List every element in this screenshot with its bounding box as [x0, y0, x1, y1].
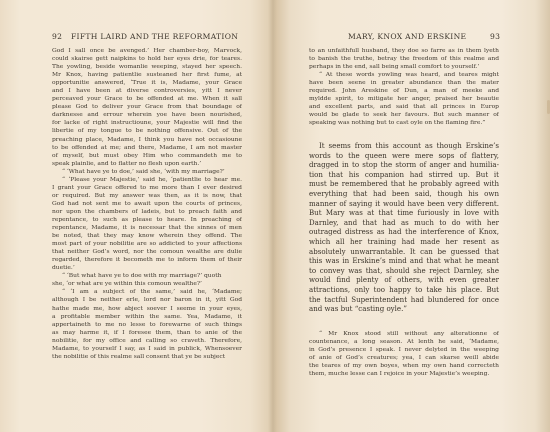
left-page-text: God I sall once be avenged.’ Her chamber… [52, 47, 242, 361]
text-line: could skairse gett naipkins to hold her … [52, 55, 242, 63]
text-line: regarded, therefore it becometh me to in… [52, 256, 242, 264]
text-line: dragged in to stop the storm of anger an… [309, 160, 499, 170]
quoted-passage: to an unfaithfull husband, they doe so f… [309, 47, 499, 127]
text-line: libertie of my tongue to be nothing offe… [52, 127, 242, 135]
text-line: darknesse and errour wherein yoe have be… [52, 111, 242, 119]
text-line: “ ‘But what have ye to doe with my marri… [52, 272, 242, 280]
text-line: the tactful Superintendent had blundered… [309, 295, 499, 305]
text-line: for lacke of right instructioune, your M… [52, 119, 242, 127]
text-line: nor upon the chambers of ladeis, but to … [52, 208, 242, 216]
text-line: required. John Areskine of Dun, a man of… [309, 87, 499, 95]
text-line: repentance, to such as please to heare. … [52, 216, 242, 224]
text-line: speaking was nothing but to cast oyle on… [309, 119, 499, 127]
text-line: opportunitie answered, ‘True it is, Mada… [52, 79, 242, 87]
text-line: and was but “casting oyle.” [309, 304, 499, 314]
text-line: God I sall once be avenged.’ Her chamber… [52, 47, 242, 55]
text-line: appertaineth to me no lesse to forewarne… [52, 321, 242, 329]
text-line: “ ‘I am a subject of the same,’ said he,… [52, 288, 242, 296]
text-line: them, muche lesse can I rejoice in your … [309, 370, 499, 378]
text-line: to convey was that, should she reject Da… [309, 266, 499, 276]
text-line: of myself, but must obey Him who command… [52, 152, 242, 160]
book-spread: 92 FIFTH LAIRD AND THE REFORMATION God I… [0, 0, 550, 432]
text-line: which all her training had made her rese… [309, 237, 499, 247]
text-line: myldde spirit, to mitigate her anger, pr… [309, 95, 499, 103]
text-line: Darnley, and that had as much to do with… [309, 218, 499, 228]
left-running-head: 92 FIFTH LAIRD AND THE REFORMATION [52, 32, 242, 41]
text-line: this was in Erskine’s mind and that what… [309, 256, 499, 266]
text-line: absolutely unwarrantable. It can be gues… [309, 247, 499, 257]
closing-quoted-passage: “ Mr Knox stood still without any altera… [309, 330, 499, 378]
text-line: perhaps in the end, sall being small com… [309, 63, 499, 71]
page-number: 92 [52, 32, 62, 41]
text-line: tion that his companion had stirred up. … [309, 170, 499, 180]
text-line: have been seene in greater abundance tha… [309, 79, 499, 87]
text-line: would find plenty of others, with even g… [309, 275, 499, 285]
text-line: “ ‘Please your Majestie,’ said he, ‘pati… [52, 176, 242, 184]
text-line: “ At these words yowling was heard, and … [309, 71, 499, 79]
text-line: God had not sent me to await upon the co… [52, 200, 242, 208]
text-line: to be offended at me; and there, Madame,… [52, 144, 242, 152]
text-line: that neither God’s word, nor the comoun … [52, 248, 242, 256]
text-line: in God’s presence I speak. I never delyt… [309, 346, 499, 354]
text-line: the teares of my own boyes, when my own … [309, 362, 499, 370]
page-number: 93 [490, 32, 500, 41]
text-line: to banish the truthe, betray the freedom… [309, 55, 499, 63]
text-line: “ Mr Knox stood still without any altera… [309, 330, 499, 338]
text-line: perceaved your Grace to be offended at m… [52, 95, 242, 103]
text-line: I grant your Grace offered to me more th… [52, 184, 242, 192]
text-line: “ ‘What have ye to doe,’ said she, ‘with… [52, 168, 242, 176]
text-line: words to the queen were mere sops of fla… [309, 151, 499, 161]
text-line: speak plainlie, and to flatter no flesh … [52, 160, 242, 168]
right-page: MARY, KNOX AND ERSKINE 93 to an unfaithf… [275, 0, 550, 432]
text-line: outraged distress as had the interferenc… [309, 227, 499, 237]
text-line: countenance, a long season. At lenth he … [309, 338, 499, 346]
text-line: the nobilitie of this realme sall consen… [52, 353, 242, 361]
text-line: But Mary was at that time furiously in l… [309, 208, 499, 218]
text-line: Madame, to yourself I say, as I said in … [52, 345, 242, 353]
text-line: preaching place, Madame, I think you hav… [52, 136, 242, 144]
text-line: repentance, Madame, it is necessar that … [52, 224, 242, 232]
running-head-title: FIFTH LAIRD AND THE REFORMATION [71, 32, 238, 41]
text-line: of anie of God’s creatures; yea, I can s… [309, 354, 499, 362]
text-line: she, ‘or what are ye within this comoun … [52, 280, 242, 288]
text-line: nobilitie, for my office and calling so … [52, 337, 242, 345]
commentary-paragraph: It seems from this account as though Ers… [309, 141, 499, 314]
text-line: would be glade to seek her favours. But … [309, 111, 499, 119]
text-line: The yowling, beside womanlie weeping, st… [52, 63, 242, 71]
text-line: most part of your nobilitie are so addic… [52, 240, 242, 248]
text-line: to an unfaithfull husband, they doe so f… [309, 47, 499, 55]
text-line: or required. But my answer was then, as … [52, 192, 242, 200]
text-line: and excellent parts, and said that all p… [309, 103, 499, 111]
text-line: hathe made me, how abject soever I seeme… [52, 305, 242, 313]
text-line: Mr Knox, having patientlie susteaned her… [52, 71, 242, 79]
text-line: and I have been at diverse controversies… [52, 87, 242, 95]
text-line: everything that had been said, though hi… [309, 189, 499, 199]
text-line: attractions, only too happy to take his … [309, 285, 499, 295]
text-line: duetie.’ [52, 264, 242, 272]
text-line: must be remembered that he probably agre… [309, 179, 499, 189]
text-line: although I be neither erle, lord nor bar… [52, 296, 242, 304]
running-head-title: MARY, KNOX AND ERSKINE [348, 32, 466, 41]
left-page: 92 FIFTH LAIRD AND THE REFORMATION God I… [0, 0, 275, 432]
text-line: a profitable member within the same. Yea… [52, 313, 242, 321]
text-line: as may harme it, if I foresee them, than… [52, 329, 242, 337]
text-line: It seems from this account as though Ers… [309, 141, 499, 151]
text-line: be noted, that they may know wherein the… [52, 232, 242, 240]
text-line: please God to deliver your Grace from th… [52, 103, 242, 111]
text-line: manner of saying it would have been very… [309, 199, 499, 209]
